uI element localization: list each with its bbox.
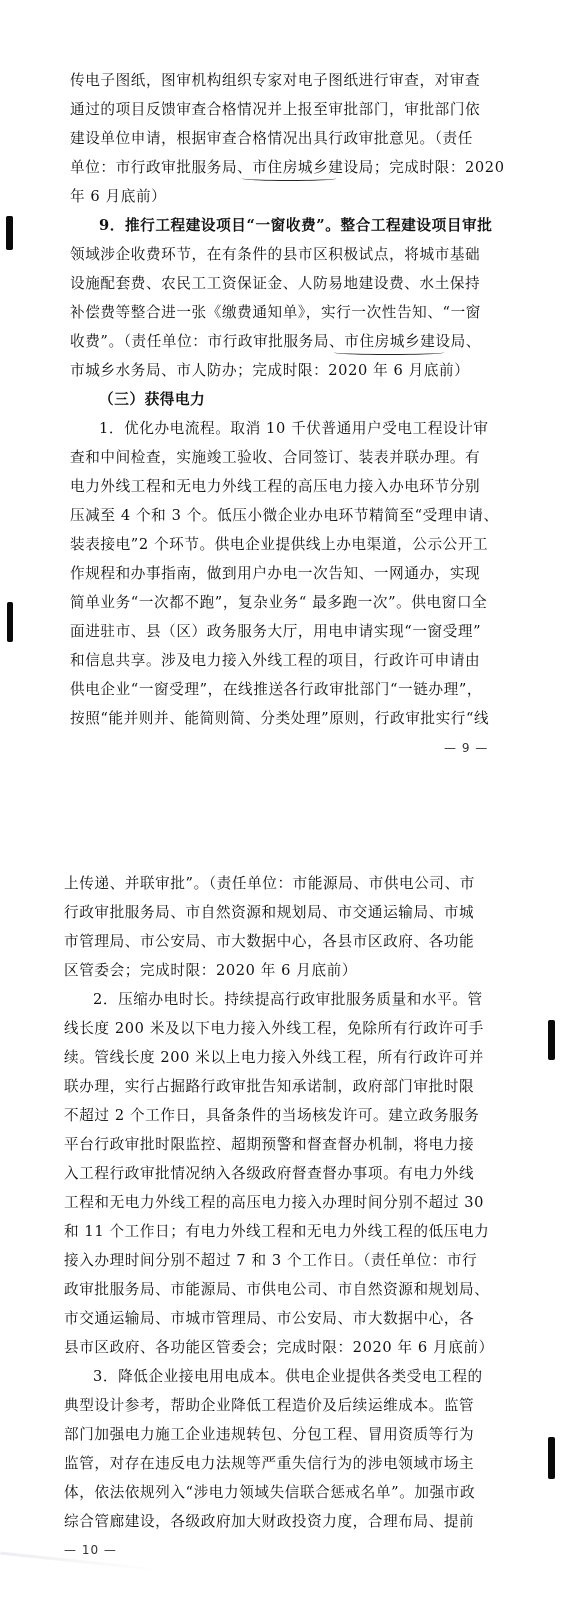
page-number: — 9 — [444,741,488,755]
text-line: 设施配套费、农民工工资保证金、人防易地建设费、水土保持 [70,274,480,294]
page-number: — 10 — [64,1543,117,1557]
text-line: 市管理局、市公安局、市大数据中心，各县市区政府、各功能 [64,932,474,952]
text-line: 压减至 4 个和 3 个。低压小微企业办电环节精简至“受理申请、 [70,506,499,526]
text-line: 政审批服务局、市能源局、市供电公司、市自然资源和规划局、 [64,1280,489,1300]
text-line: 县市区政府、各功能区管委会；完成时限：2020 年 6 月底前） [64,1338,494,1358]
text-line: 按照“能并则并、能简则简、分类处理”原则，行政审批实行“线 [70,709,489,729]
text-line: 部门加强电力施工企业违规转包、分包工程、冒用资质等行为 [64,1425,474,1445]
item-heading-9: 9．推行工程建设项目“一窗收费”。整合工程建设项目审批 [70,216,492,236]
text-line: 平台行政审批时限监控、超期预警和督查督办机制，将电力接 [64,1135,474,1155]
text-line: 和 11 个工作日；有电力外线工程和无电力外线工程的低压电力 [64,1222,489,1242]
text-line: 监管，对存在违反电力法规等严重失信行为的涉电领域市场主 [64,1454,474,1474]
text-line: 年 6 月底前） [70,187,166,207]
handwritten-underline [242,176,336,181]
scan-binding-mark [548,1020,555,1060]
scan-binding-mark [548,1437,555,1479]
text-line: 行政审批服务局、市自然资源和规划局、市交通运输局、市城 [64,903,474,923]
text-line: 面进驻市、县（区）政务服务大厅，用电申请实现“一窗受理” [70,622,481,642]
text-line: 查和中间检查，实施竣工验收、合同签订、装表并联办理。有 [70,448,480,468]
text-line: 供电企业“一窗受理”，在线推送各行政审批部门“一链办理”， [70,680,482,700]
text-line: 单位：市行政审批服务局、市住房城乡建设局；完成时限：2020 [70,158,505,178]
text-line: 和信息共享。涉及电力接入外线工程的项目，行政许可申请由 [70,651,480,671]
text-line: 收费”。（责任单位：市行政审批服务局、市住房城乡建设局、 [70,332,481,352]
section-heading-electricity: （三）获得电力 [70,390,205,410]
text-line: 补偿费等整合进一张《缴费通知单》，实行一次性告知、“一窗 [70,303,481,323]
text-line: 传电子图纸，图审机构组织专家对电子图纸进行审查，对审查 [70,71,480,91]
text-line: 区管委会；完成时限：2020 年 6 月底前） [64,961,357,981]
text-line: 典型设计参考，帮助企业降低工程造价及后续运维成本。监管 [64,1396,474,1416]
text-line: 接入办理时间分别不超过 7 和 3 个工作日。（责任单位：市行 [64,1251,477,1271]
text-line: 线长度 200 米及以下电力接入外线工程，免除所有行政许可手 [64,1019,484,1039]
text-line: 上传递、并联审批”。（责任单位：市能源局、市供电公司、市 [64,874,475,894]
text-line: 工程和无电力外线工程的高压电力接入办理时间分别不超过 30 [64,1193,484,1213]
text-line: 通过的项目反馈审查合格情况并上报至审批部门，审批部门依 [70,100,480,120]
text-line: 入工程行政审批情况纳入各级政府督查督办事项。有电力外线 [64,1164,474,1184]
document-page-10: 上传递、并联审批”。（责任单位：市能源局、市供电公司、市 行政审批服务局、市自然… [0,800,562,1600]
text-line: 市城乡水务局、市人防办；完成时限：2020 年 6 月底前） [70,361,469,381]
scan-binding-mark [6,216,13,250]
scan-binding-mark [7,602,13,642]
item-heading-1: 1．优化办电流程。取消 10 千伏普通用户受电工程设计审 [70,419,489,439]
text-line: 体，依法依规列入“涉电力领域失信联合惩戒名单”。加强市政 [64,1483,475,1503]
handwritten-underline [334,350,444,355]
document-page-9: 传电子图纸，图审机构组织专家对电子图纸进行审查，对审查 通过的项目反馈审查合格情… [0,0,562,800]
text-line: 联办理，实行占掘路行政审批告知承诺制，政府部门审批时限 [64,1077,474,1097]
text-line: 续。管线长度 200 米以上电力接入外线工程，所有行政许可并 [64,1048,484,1068]
text-line: 建设单位申请，根据审查合格情况出具行政审批意见。（责任 [70,129,473,149]
item-heading-2: 2．压缩办电时长。持续提高行政审批服务质量和水平。管 [64,990,483,1010]
text-line: 不超过 2 个工作日，具备条件的当场核发许可。建立政务服务 [64,1106,479,1126]
text-line: 装表接电”2 个环节。供电企业提供线上办电渠道，公示公开工 [70,535,488,555]
text-line: 市交通运输局、市城市管理局、市公安局、市大数据中心，各 [64,1309,474,1329]
text-line: 领域涉企收费环节，在有条件的县市区积极试点，将城市基础 [70,245,480,265]
text-line: 简单业务“一次都不跑”，复杂业务“ 最多跑一次”。供电窗口全 [70,593,487,613]
text-line: 电力外线工程和无电力外线工程的高压电力接入办电环节分别 [70,477,480,497]
text-line: 综合管廊建设，各级政府加大财政投资力度，合理布局、提前 [64,1512,474,1532]
item-heading-3: 3．降低企业接电用电成本。供电企业提供各类受电工程的 [64,1367,483,1387]
text-line: 作规程和办事指南，做到用户办电一次告知、一网通办，实现 [70,564,480,584]
